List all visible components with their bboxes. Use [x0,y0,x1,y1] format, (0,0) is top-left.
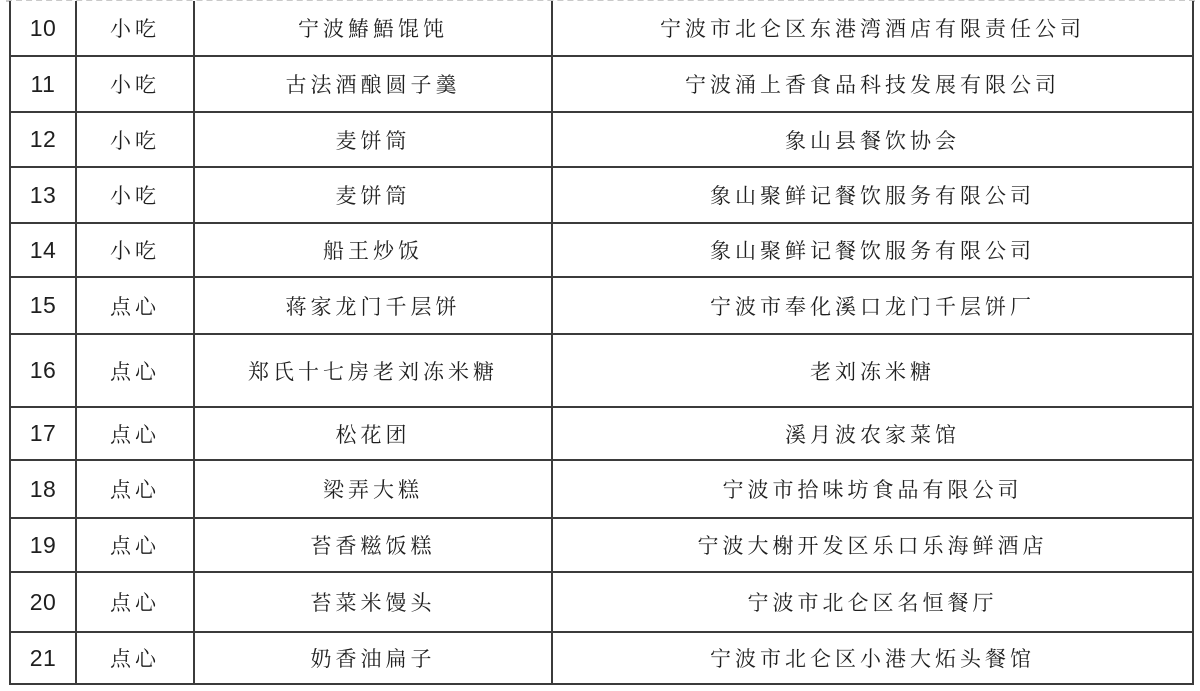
category-cell: 小吃 [76,56,194,112]
row-number-cell: 12 [10,112,76,167]
dish-name-cell: 宁波鰆鯃馄饨 [194,1,552,56]
table-row: 10 小吃 宁波鰆鯃馄饨 宁波市北仑区东港湾酒店有限责任公司 [10,1,1193,56]
category-cell: 小吃 [76,167,194,223]
category-cell: 点心 [76,334,194,407]
category-cell: 点心 [76,518,194,572]
table-row: 14 小吃 船王炒饭 象山聚鲜记餐饮服务有限公司 [10,223,1193,277]
category-cell: 点心 [76,277,194,334]
company-cell: 溪月波农家菜馆 [552,407,1193,460]
dish-name-cell: 船王炒饭 [194,223,552,277]
category-cell: 点心 [76,407,194,460]
row-number-cell: 13 [10,167,76,223]
table-row: 18 点心 梁弄大糕 宁波市拾味坊食品有限公司 [10,460,1193,518]
company-cell: 象山县餐饮协会 [552,112,1193,167]
row-number-cell: 14 [10,223,76,277]
table-row: 19 点心 苔香糍饭糕 宁波大榭开发区乐口乐海鲜酒店 [10,518,1193,572]
company-cell: 宁波市北仑区东港湾酒店有限责任公司 [552,1,1193,56]
company-cell: 老刘冻米糖 [552,334,1193,407]
row-number-cell: 19 [10,518,76,572]
table-row: 17 点心 松花团 溪月波农家菜馆 [10,407,1193,460]
dish-name-cell: 麦饼筒 [194,112,552,167]
table-row: 20 点心 苔菜米馒头 宁波市北仑区名恒餐厅 [10,572,1193,632]
company-cell: 象山聚鲜记餐饮服务有限公司 [552,223,1193,277]
dish-name-cell: 苔菜米馒头 [194,572,552,632]
food-heritage-table: 10 小吃 宁波鰆鯃馄饨 宁波市北仑区东港湾酒店有限责任公司 11 小吃 古法酒… [9,1,1194,685]
company-cell: 宁波市北仑区小港大炻头餐馆 [552,632,1193,684]
dish-name-cell: 奶香油扁子 [194,632,552,684]
company-cell: 宁波市北仑区名恒餐厅 [552,572,1193,632]
table-row: 13 小吃 麦饼筒 象山聚鲜记餐饮服务有限公司 [10,167,1193,223]
dish-name-cell: 蒋家龙门千层饼 [194,277,552,334]
category-cell: 小吃 [76,1,194,56]
company-cell: 象山聚鲜记餐饮服务有限公司 [552,167,1193,223]
dish-name-cell: 梁弄大糕 [194,460,552,518]
table-row: 12 小吃 麦饼筒 象山县餐饮协会 [10,112,1193,167]
table-row: 11 小吃 古法酒酿圆子羹 宁波涌上香食品科技发展有限公司 [10,56,1193,112]
dish-name-cell: 松花团 [194,407,552,460]
table-body: 10 小吃 宁波鰆鯃馄饨 宁波市北仑区东港湾酒店有限责任公司 11 小吃 古法酒… [10,1,1193,684]
row-number-cell: 18 [10,460,76,518]
dish-name-cell: 郑氏十七房老刘冻米糖 [194,334,552,407]
row-number-cell: 11 [10,56,76,112]
row-number-cell: 21 [10,632,76,684]
row-number-cell: 10 [10,1,76,56]
table-row: 16 点心 郑氏十七房老刘冻米糖 老刘冻米糖 [10,334,1193,407]
company-cell: 宁波大榭开发区乐口乐海鲜酒店 [552,518,1193,572]
row-number-cell: 17 [10,407,76,460]
category-cell: 小吃 [76,112,194,167]
dish-name-cell: 麦饼筒 [194,167,552,223]
row-number-cell: 16 [10,334,76,407]
dish-name-cell: 苔香糍饭糕 [194,518,552,572]
row-number-cell: 15 [10,277,76,334]
category-cell: 点心 [76,572,194,632]
dish-name-cell: 古法酒酿圆子羹 [194,56,552,112]
row-number-cell: 20 [10,572,76,632]
company-cell: 宁波市拾味坊食品有限公司 [552,460,1193,518]
company-cell: 宁波市奉化溪口龙门千层饼厂 [552,277,1193,334]
table-row: 21 点心 奶香油扁子 宁波市北仑区小港大炻头餐馆 [10,632,1193,684]
table-row: 15 点心 蒋家龙门千层饼 宁波市奉化溪口龙门千层饼厂 [10,277,1193,334]
category-cell: 点心 [76,632,194,684]
company-cell: 宁波涌上香食品科技发展有限公司 [552,56,1193,112]
document-page: 10 小吃 宁波鰆鯃馄饨 宁波市北仑区东港湾酒店有限责任公司 11 小吃 古法酒… [0,0,1200,691]
category-cell: 小吃 [76,223,194,277]
category-cell: 点心 [76,460,194,518]
